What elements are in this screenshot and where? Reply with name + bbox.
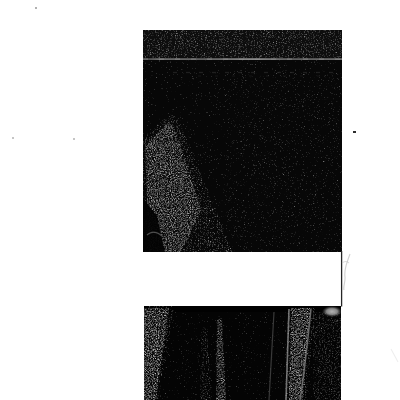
right-band-grain <box>313 312 341 400</box>
photo-plate-bottom <box>144 306 342 400</box>
scratch-mark <box>391 349 398 362</box>
pencil-squiggle-mark <box>344 254 350 290</box>
scan-canvas <box>0 0 400 400</box>
dust-speck-left-2 <box>73 138 75 140</box>
pencil-squiggle-cross <box>342 262 349 264</box>
top-right-light-blob <box>322 306 342 317</box>
dark-speck-right <box>353 131 356 133</box>
dust-speck-top-left <box>35 7 37 9</box>
scanned-page <box>0 0 400 400</box>
dust-speck-left-1 <box>12 137 14 139</box>
photo-plate-top <box>143 30 342 252</box>
top-photo-grain-right <box>223 70 342 252</box>
